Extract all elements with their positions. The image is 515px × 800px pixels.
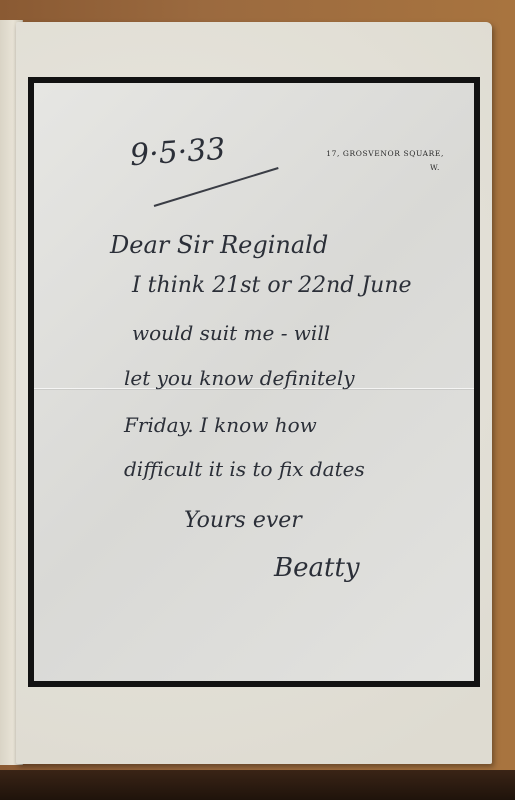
letterhead-line-1: 17, GROSVENOR SQUARE, bbox=[326, 149, 444, 158]
salutation: Dear Sir Reginald bbox=[110, 231, 328, 259]
letterhead-line-2: W. bbox=[326, 163, 440, 172]
table-shadow bbox=[0, 770, 515, 800]
body-line-4: Friday. I know how bbox=[124, 413, 317, 437]
letterhead-address: 17, GROSVENOR SQUARE, W. bbox=[326, 149, 444, 172]
body-line-2: would suit me - will bbox=[132, 321, 330, 345]
body-line-5: difficult it is to fix dates bbox=[124, 457, 365, 481]
body-line-1: I think 21st or 22nd June bbox=[132, 273, 412, 298]
body-line-3: let you know definitely bbox=[124, 366, 355, 390]
signature: Beatty bbox=[274, 553, 360, 583]
pen-stroke bbox=[154, 167, 279, 207]
handwritten-date: 9·5·33 bbox=[129, 132, 227, 174]
closing: Yours ever bbox=[184, 508, 302, 533]
letter-sheet: 17, GROSVENOR SQUARE, W. 9·5·33 Dear Sir… bbox=[28, 77, 480, 687]
